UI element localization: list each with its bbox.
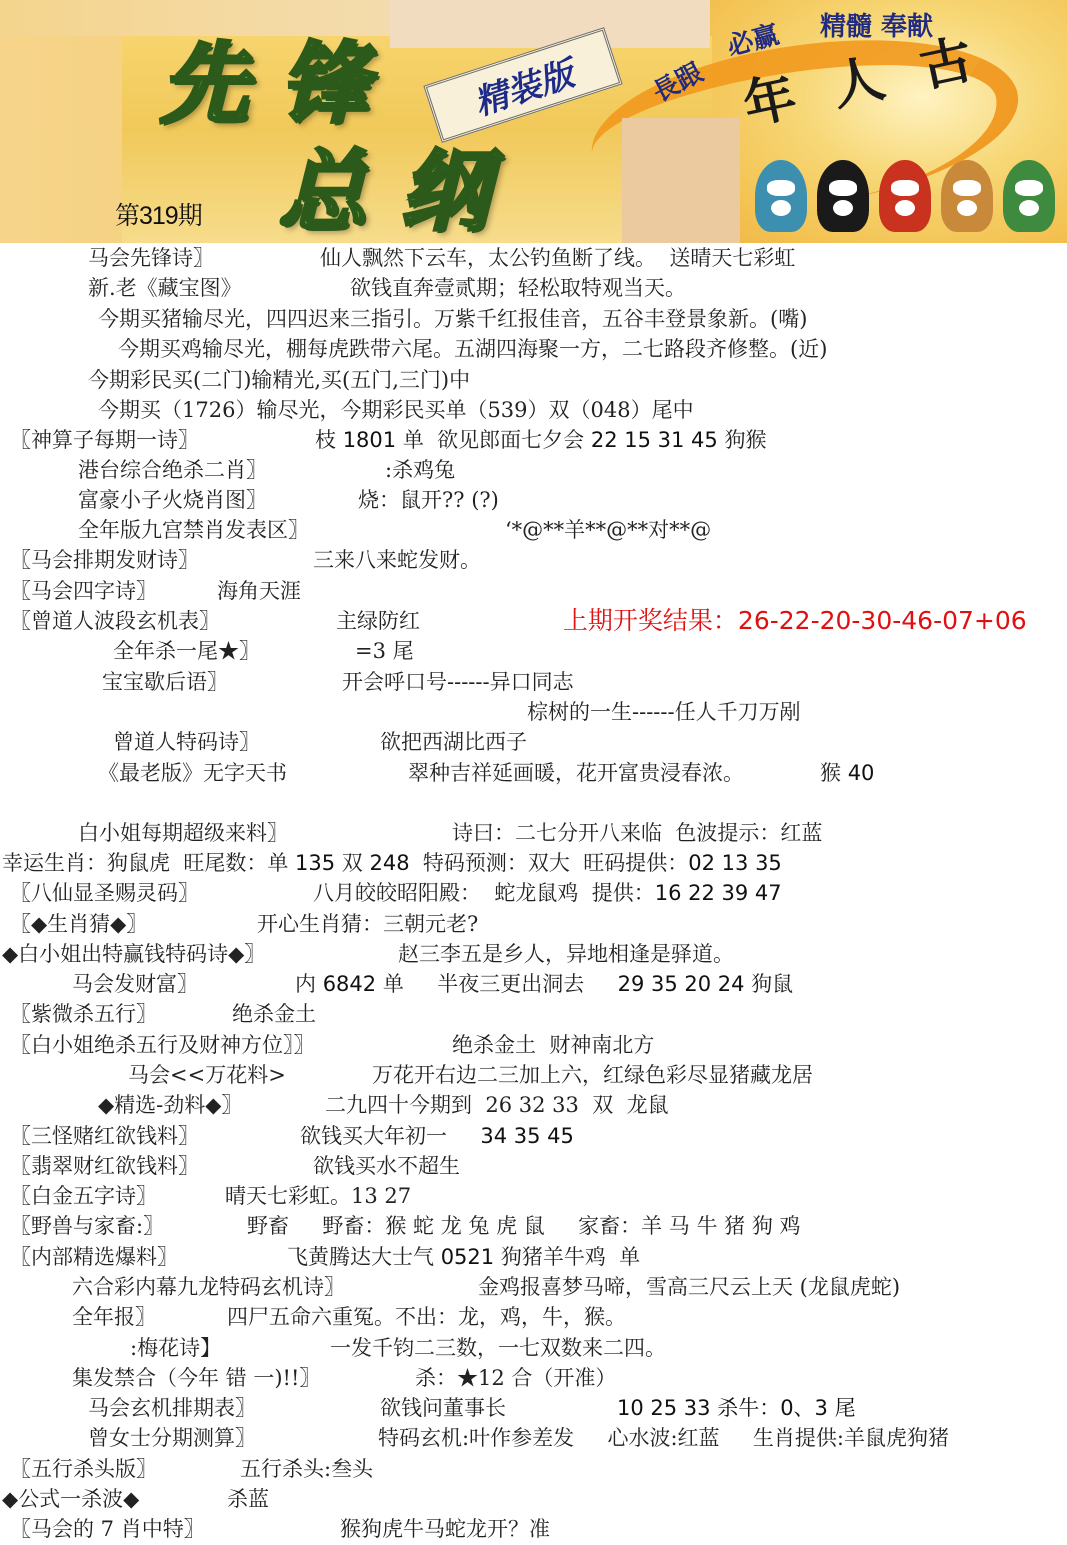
section-label: 〖内部精选爆料〗: [10, 1244, 178, 1270]
mascot-icon: [755, 160, 807, 232]
number-value: 22 15 31 45: [591, 427, 718, 453]
text-line: 〖马会的 7 肖中特〗猴狗虎牛马蛇龙开？准: [10, 1516, 205, 1542]
section-value: 五行杀头:叁头: [240, 1456, 373, 1482]
text-line: 马会玄机排期表〗欲钱问董事长10 25 33 杀牛：0、3 尾: [88, 1395, 256, 1421]
text-line: 六合彩内幕九龙特码玄机诗〗金鸡报喜梦马啼，雪高三尺云上天 (龙鼠虎蛇): [72, 1274, 345, 1300]
section-value: 万花开右边二三加上六，红绿色彩尽显猪藏龙居: [372, 1062, 813, 1088]
section-value: 特码预测：双大 旺码提供：: [410, 850, 689, 876]
section-label: 《最老版》无字天书: [98, 760, 287, 786]
text-line: 今期彩民买(二门)输精光,买(五门,三门)中: [88, 367, 470, 393]
section-value: 枝 1801 单 欲见郎面七夕会 22 15 31 45 狗猴: [315, 427, 766, 453]
section-label: 幸运生肖：狗鼠虎 旺尾数：单: [2, 850, 295, 876]
number-value: 10 25 33 杀牛：0、3 尾: [617, 1395, 856, 1421]
section-value: 金鸡报喜梦马啼，雪高三尺云上天 (龙鼠虎蛇): [478, 1274, 900, 1300]
text-line: 〖五行杀头版〗五行杀头:叁头: [10, 1456, 157, 1482]
section-label: 〖翡翠财红欲钱料〗: [10, 1153, 199, 1179]
last-draw-result: 上期开奖结果：26-22-20-30-46-07+06: [547, 573, 1027, 637]
number-value: 40: [848, 760, 875, 786]
number-value: 0521: [441, 1244, 494, 1270]
text-line: 〖◆生肖猜◆〗开心生肖猜：三朝元老?: [10, 911, 147, 937]
text-line: 马会<<万花料>万花开右边二三加上六，红绿色彩尽显猪藏龙居: [128, 1062, 286, 1088]
number-value: 248: [369, 850, 409, 876]
mascot-icon: [1003, 160, 1055, 232]
section-label: 全年版九宫禁肖发表区〗: [78, 517, 309, 543]
number-value: 29 35 20 24: [618, 971, 745, 997]
section-value: 八月皎皎昭阳殿： 蛇龙鼠鸡 提供：16 22 39 47: [313, 880, 782, 906]
section-value: 仙人飘然下云车，太公钓鱼断了线。 送晴天七彩虹: [320, 245, 795, 271]
section-value: 杀牛：0、3 尾: [711, 1395, 856, 1421]
section-label: 白小姐每期超级来料〗: [78, 820, 288, 846]
last-draw-numbers: 26-22-20-30-46-07+06: [738, 606, 1027, 635]
section-label: 曾道人特码诗〗: [113, 729, 260, 755]
number-value: 1801: [343, 427, 396, 453]
text-line: ◆公式一杀波◆杀蓝: [2, 1486, 139, 1512]
section-label: 集发禁合（今年 错 一)!!〗: [72, 1365, 320, 1391]
text-line: 〖神算子每期一诗〗枝 1801 单 欲见郎面七夕会 22 15 31 45 狗猴: [10, 427, 199, 453]
text-line: :梅花诗】一发千钧二三数，一七双数来二四。: [130, 1335, 221, 1361]
section-label: 今期买鸡输尽光，棚每虎跌带六尾。五湖四海聚一方，二七路段齐修整。(近): [118, 336, 827, 362]
text-line: 今期买猪输尽光，四四迟来三指引。万紫千红报佳音，五谷丰登景象新。(嘴): [98, 306, 807, 332]
text-line: 《最老版》无字天书翠种吉祥延画暖，花开富贵浸春浓。猴 40: [98, 760, 287, 786]
section-value: 绝杀金土: [232, 1001, 316, 1027]
text-line: 曾女士分期测算〗特码玄机:叶作参差发 心水波:红蓝 生肖提供:羊鼠虎狗猪: [88, 1425, 256, 1451]
section-value: 开会呼口号------异口同志: [342, 669, 574, 695]
section-value: 四尸五命六重冤。不出：龙，鸡，牛，猴。: [227, 1304, 626, 1330]
text-line: 〖马会排期发财诗〗三来八来蛇发财。: [10, 547, 199, 573]
section-label: 今期买（1726）输尽光，今期彩民买单（539）双（048）尾中: [98, 397, 694, 423]
section-value: 烧：鼠开?? (?): [358, 487, 499, 513]
number-value: 34 35 45: [480, 1123, 574, 1149]
title-char: 锋: [280, 40, 368, 128]
text-line: 〖翡翠财红欲钱料〗欲钱买水不超生: [10, 1153, 199, 1179]
section-label: 〖◆生肖猜◆〗: [10, 911, 147, 937]
section-value: 杀蓝: [227, 1486, 269, 1512]
mascot-icon: [879, 160, 931, 232]
section-value: 单 半夜三更出洞去: [376, 971, 617, 997]
text-line: 全年报〗四尸五命六重冤。不出：龙，鸡，牛，猴。: [72, 1304, 156, 1330]
text-line: 〖野兽与家畜:〗野畜 野畜：猴 蛇 龙 兔 虎 鼠 家畜：羊 马 牛 猪 狗 鸡: [10, 1213, 164, 1239]
section-label: ◆精选-劲料◆〗: [98, 1092, 242, 1118]
section-label: :梅花诗】: [130, 1335, 221, 1361]
header-banner: 先 锋 总 纲 精装版 第319期 精髓 奉献 必赢 長跟 年 人 古: [0, 0, 1067, 243]
section-label: 〖白小姐绝杀五行及财神方位〗〗: [10, 1032, 315, 1058]
section-label: 〖紫微杀五行〗: [10, 1001, 157, 1027]
text-line: 马会发财富〗内 6842 单 半夜三更出洞去 29 35 20 24 狗鼠: [72, 971, 198, 997]
number-value: 02 13 35: [688, 850, 782, 876]
text-line: 宝宝歇后语〗开会呼口号------异口同志: [102, 669, 228, 695]
text-line: ◆白小姐出特赢钱特码诗◆〗赵三李五是乡人，异地相逢是驿道。: [2, 941, 265, 967]
section-label: 〖五行杀头版〗: [10, 1456, 157, 1482]
section-value: 内 6842 单 半夜三更出洞去 29 35 20 24 狗鼠: [295, 971, 793, 997]
slogan-top: 精髓 奉献: [820, 14, 933, 40]
section-label: 〖白金五字诗〗: [10, 1183, 157, 1209]
section-label: 〖野兽与家畜:〗: [10, 1213, 164, 1239]
section-value: 开心生肖猜：三朝元老?: [257, 911, 478, 937]
text-line: 马会先锋诗〗仙人飘然下云车，太公钓鱼断了线。 送晴天七彩虹: [88, 245, 214, 271]
section-label: 〖马会排期发财诗〗: [10, 547, 199, 573]
section-value: 欲钱买水不超生: [313, 1153, 460, 1179]
section-value: 杀：★12 合（开准）: [415, 1365, 616, 1391]
section-value: 特码玄机:叶作参差发 心水波:红蓝 生肖提供:羊鼠虎狗猪: [378, 1425, 949, 1451]
text-line: ◆精选-劲料◆〗二九四十今期到 26 32 33 双 龙鼠: [98, 1092, 242, 1118]
section-value: 欲钱问董事长: [380, 1395, 506, 1421]
number-value: 6842: [323, 971, 376, 997]
text-line: 白小姐每期超级来料〗诗曰：二七分开八来临 色波提示：红蓝: [78, 820, 288, 846]
number-value: 135: [295, 850, 335, 876]
text-line: 〖曾道人波段玄机表〗主绿防红: [10, 608, 220, 634]
section-value: 狗猪羊牛鸡 单: [494, 1244, 640, 1270]
text-line: 全年版九宫禁肖发表区〗‘*@**羊**@**对**@: [78, 517, 309, 543]
title-char: 总: [278, 148, 366, 236]
section-value: 一发千钧二三数，一七双数来二四。: [330, 1335, 666, 1361]
number-value: 16 22 39 47: [655, 880, 782, 906]
text-line: 〖紫微杀五行〗绝杀金土: [10, 1001, 157, 1027]
section-label: 〖神算子每期一诗〗: [10, 427, 199, 453]
section-value: 狗猴: [718, 427, 767, 453]
section-label: 宝宝歇后语〗: [102, 669, 228, 695]
text-line: 集发禁合（今年 错 一)!!〗杀：★12 合（开准）: [72, 1365, 320, 1391]
mascot-icon: [817, 160, 869, 232]
section-label: 马会发财富〗: [72, 971, 198, 997]
title-char: 纲: [400, 148, 488, 236]
section-label: 〖八仙显圣赐灵码〗: [10, 880, 199, 906]
section-label: 今期彩民买(二门)输精光,买(五门,三门)中: [88, 367, 470, 393]
section-label: 全年报〗: [72, 1304, 156, 1330]
section-label: 今期买猪输尽光，四四迟来三指引。万紫千红报佳音，五谷丰登景象新。(嘴): [98, 306, 807, 332]
section-value: 晴天七彩虹。13 27: [225, 1183, 411, 1209]
section-value: 诗曰：二七分开八来临 色波提示：红蓝: [452, 820, 822, 846]
section-value: 猴狗虎牛马蛇龙开？准: [340, 1516, 550, 1542]
section-value: 野畜 野畜：猴 蛇 龙 兔 虎 鼠 家畜：羊 马 牛 猪 狗 鸡: [247, 1213, 801, 1239]
section-value: 欲把西湖比西子: [380, 729, 527, 755]
mascot-icon: [941, 160, 993, 232]
section-label: 港台综合绝杀二肖〗: [78, 457, 267, 483]
section-value: 欲钱直奔壹贰期；轻松取特观当天。: [350, 275, 686, 301]
section-value: 欲钱买大年初一 34 35 45: [300, 1123, 574, 1149]
section-value: 单 欲见郎面七夕会: [396, 427, 591, 453]
text-line: 今期买鸡输尽光，棚每虎跌带六尾。五湖四海聚一方，二七路段齐修整。(近): [118, 336, 827, 362]
section-value: =3 尾: [355, 638, 414, 664]
section-value: 狗鼠: [745, 971, 794, 997]
section-value: :杀鸡兔: [385, 457, 455, 483]
text-line: 〖八仙显圣赐灵码〗八月皎皎昭阳殿： 蛇龙鼠鸡 提供：16 22 39 47: [10, 880, 199, 906]
section-label: 富豪小子火烧肖图〗: [78, 487, 267, 513]
section-label: 棕树的一生------任人千刀万剐: [527, 699, 801, 725]
text-line: 〖马会四字诗〗海角天涯: [10, 578, 157, 604]
mascot-group: [755, 160, 1055, 235]
text-line: 今期买（1726）输尽光，今期彩民买单（539）双（048）尾中: [98, 397, 694, 423]
text-line: 曾道人特码诗〗欲把西湖比西子: [113, 729, 260, 755]
section-label: 〖三怪赌红欲钱料〗: [10, 1123, 199, 1149]
section-label: 〖马会四字诗〗: [10, 578, 157, 604]
section-label: ◆白小姐出特赢钱特码诗◆〗: [2, 941, 265, 967]
banner-blur-box: [622, 118, 740, 243]
section-label: 新.老《藏宝图》: [88, 275, 242, 301]
text-line: 富豪小子火烧肖图〗烧：鼠开?? (?): [78, 487, 267, 513]
banner-blur-box: [390, 0, 710, 48]
section-label: 马会玄机排期表〗: [88, 1395, 256, 1421]
section-value: 双: [335, 850, 369, 876]
text-line: 〖白金五字诗〗晴天七彩虹。13 27: [10, 1183, 157, 1209]
section-label: 马会<<万花料>: [128, 1062, 286, 1088]
text-line: 全年杀一尾★〗=3 尾: [113, 638, 260, 664]
section-value: 主绿防红: [336, 608, 420, 634]
section-label: 〖曾道人波段玄机表〗: [10, 608, 220, 634]
section-value: 海角天涯: [217, 578, 301, 604]
section-label: 六合彩内幕九龙特码玄机诗〗: [72, 1274, 345, 1300]
issue-number: 第319期: [115, 196, 202, 232]
text-line: 〖三怪赌红欲钱料〗欲钱买大年初一 34 35 45: [10, 1123, 199, 1149]
section-value: 绝杀金土 财神南北方: [452, 1032, 654, 1058]
text-line: 幸运生肖：狗鼠虎 旺尾数：单 135 双 248 特码预测：双大 旺码提供：02…: [2, 850, 782, 876]
last-draw-label: 上期开奖结果：: [563, 606, 738, 635]
section-label: ◆公式一杀波◆: [2, 1486, 139, 1512]
section-value: 猴 40: [820, 760, 874, 786]
text-line: 〖白小姐绝杀五行及财神方位〗〗绝杀金土 财神南北方: [10, 1032, 315, 1058]
section-label: 曾女士分期测算〗: [88, 1425, 256, 1451]
section-label: 〖马会的 7 肖中特〗: [10, 1516, 205, 1542]
text-line: 新.老《藏宝图》欲钱直奔壹贰期；轻松取特观当天。: [88, 275, 242, 301]
section-value: 翠种吉祥延画暖，花开富贵浸春浓。: [408, 760, 744, 786]
title-char: 先: [160, 40, 248, 128]
text-line: 港台综合绝杀二肖〗:杀鸡兔: [78, 457, 267, 483]
section-label: 全年杀一尾★〗: [113, 638, 260, 664]
section-value: 飞黄腾达大士气 0521 狗猪羊牛鸡 单: [287, 1244, 640, 1270]
section-value: 三来八来蛇发财。: [313, 547, 481, 573]
section-value: ‘*@**羊**@**对**@: [505, 517, 711, 543]
text-line: 棕树的一生------任人千刀万剐: [527, 699, 801, 725]
text-line: 〖内部精选爆料〗飞黄腾达大士气 0521 狗猪羊牛鸡 单: [10, 1244, 178, 1270]
section-value: 赵三李五是乡人，异地相逢是驿道。: [398, 941, 734, 967]
section-label: 马会先锋诗〗: [88, 245, 214, 271]
section-value: 二九四十今期到 26 32 33 双 龙鼠: [325, 1092, 669, 1118]
